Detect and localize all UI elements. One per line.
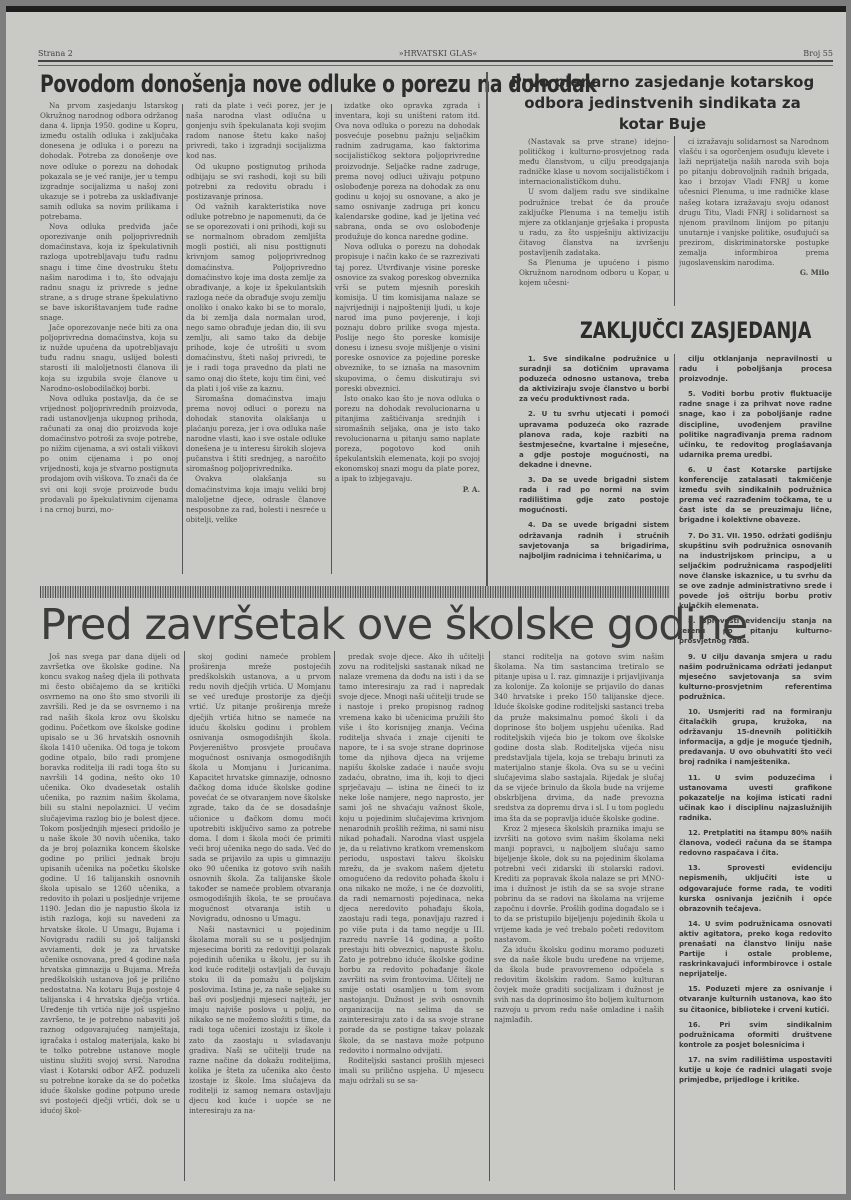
article4-col1: Još nas svega par dana dijeli od završet… bbox=[40, 652, 180, 1192]
article4-col4: stanci roditelja na gotovo svim našim šk… bbox=[494, 652, 664, 1192]
article1-col1: Na prvom zasjedanju Istarskog Okružnog n… bbox=[40, 101, 178, 579]
column-divider bbox=[184, 651, 185, 1181]
article4-title: Pred završetak ove školske godine bbox=[40, 600, 747, 650]
column-divider bbox=[489, 651, 490, 1181]
article2-title: Prvo plenarno zasjedanje kotarskog odbor… bbox=[490, 72, 835, 135]
page-top-edge bbox=[6, 6, 846, 12]
column-divider bbox=[334, 651, 335, 1181]
newspaper-name: »HRVATSKI GLAS« bbox=[399, 49, 478, 58]
article2-col2: ci izražavaju solidarnost sa Narodnom vl… bbox=[679, 137, 829, 309]
masthead: Strana 2 »HRVATSKI GLAS« Broj 55 bbox=[38, 46, 833, 60]
article3-col1: 1. Sve sindikalne podružnice u suradnji … bbox=[519, 354, 669, 586]
article4-col2: skoj godini nameće problem proširenja mr… bbox=[189, 652, 331, 1192]
page-number: Strana 2 bbox=[38, 49, 73, 58]
hatched-separator bbox=[40, 586, 670, 598]
column-divider bbox=[674, 354, 675, 1190]
article3-title: ZAKLJUČCI ZASJEDANJA bbox=[580, 319, 811, 344]
article1-col3: izdatke oko opravka zgrada i inventara, … bbox=[335, 101, 480, 579]
section-divider bbox=[486, 72, 488, 592]
column-divider bbox=[182, 104, 183, 574]
article2-col1: (Nastavak sa prve strane) idejno-politič… bbox=[519, 137, 669, 309]
masthead-rule bbox=[38, 60, 833, 66]
article1-col2: rati da plate i veći porez, jer je naša … bbox=[186, 101, 326, 579]
article4-col3: predak svoje djece. Ako ih učitelji zovu… bbox=[339, 652, 484, 1192]
article3-col2: cilju otklanjanja nepravilnosti u radu i… bbox=[679, 354, 832, 1174]
column-divider bbox=[331, 104, 332, 574]
issue-number: Broj 55 bbox=[803, 49, 833, 58]
column-divider bbox=[674, 136, 675, 306]
newspaper-page: Strana 2 »HRVATSKI GLAS« Broj 55 Povodom… bbox=[6, 6, 846, 1194]
article2-signature: G. Milo bbox=[679, 268, 829, 278]
article1-signature: P. A. bbox=[335, 485, 480, 495]
